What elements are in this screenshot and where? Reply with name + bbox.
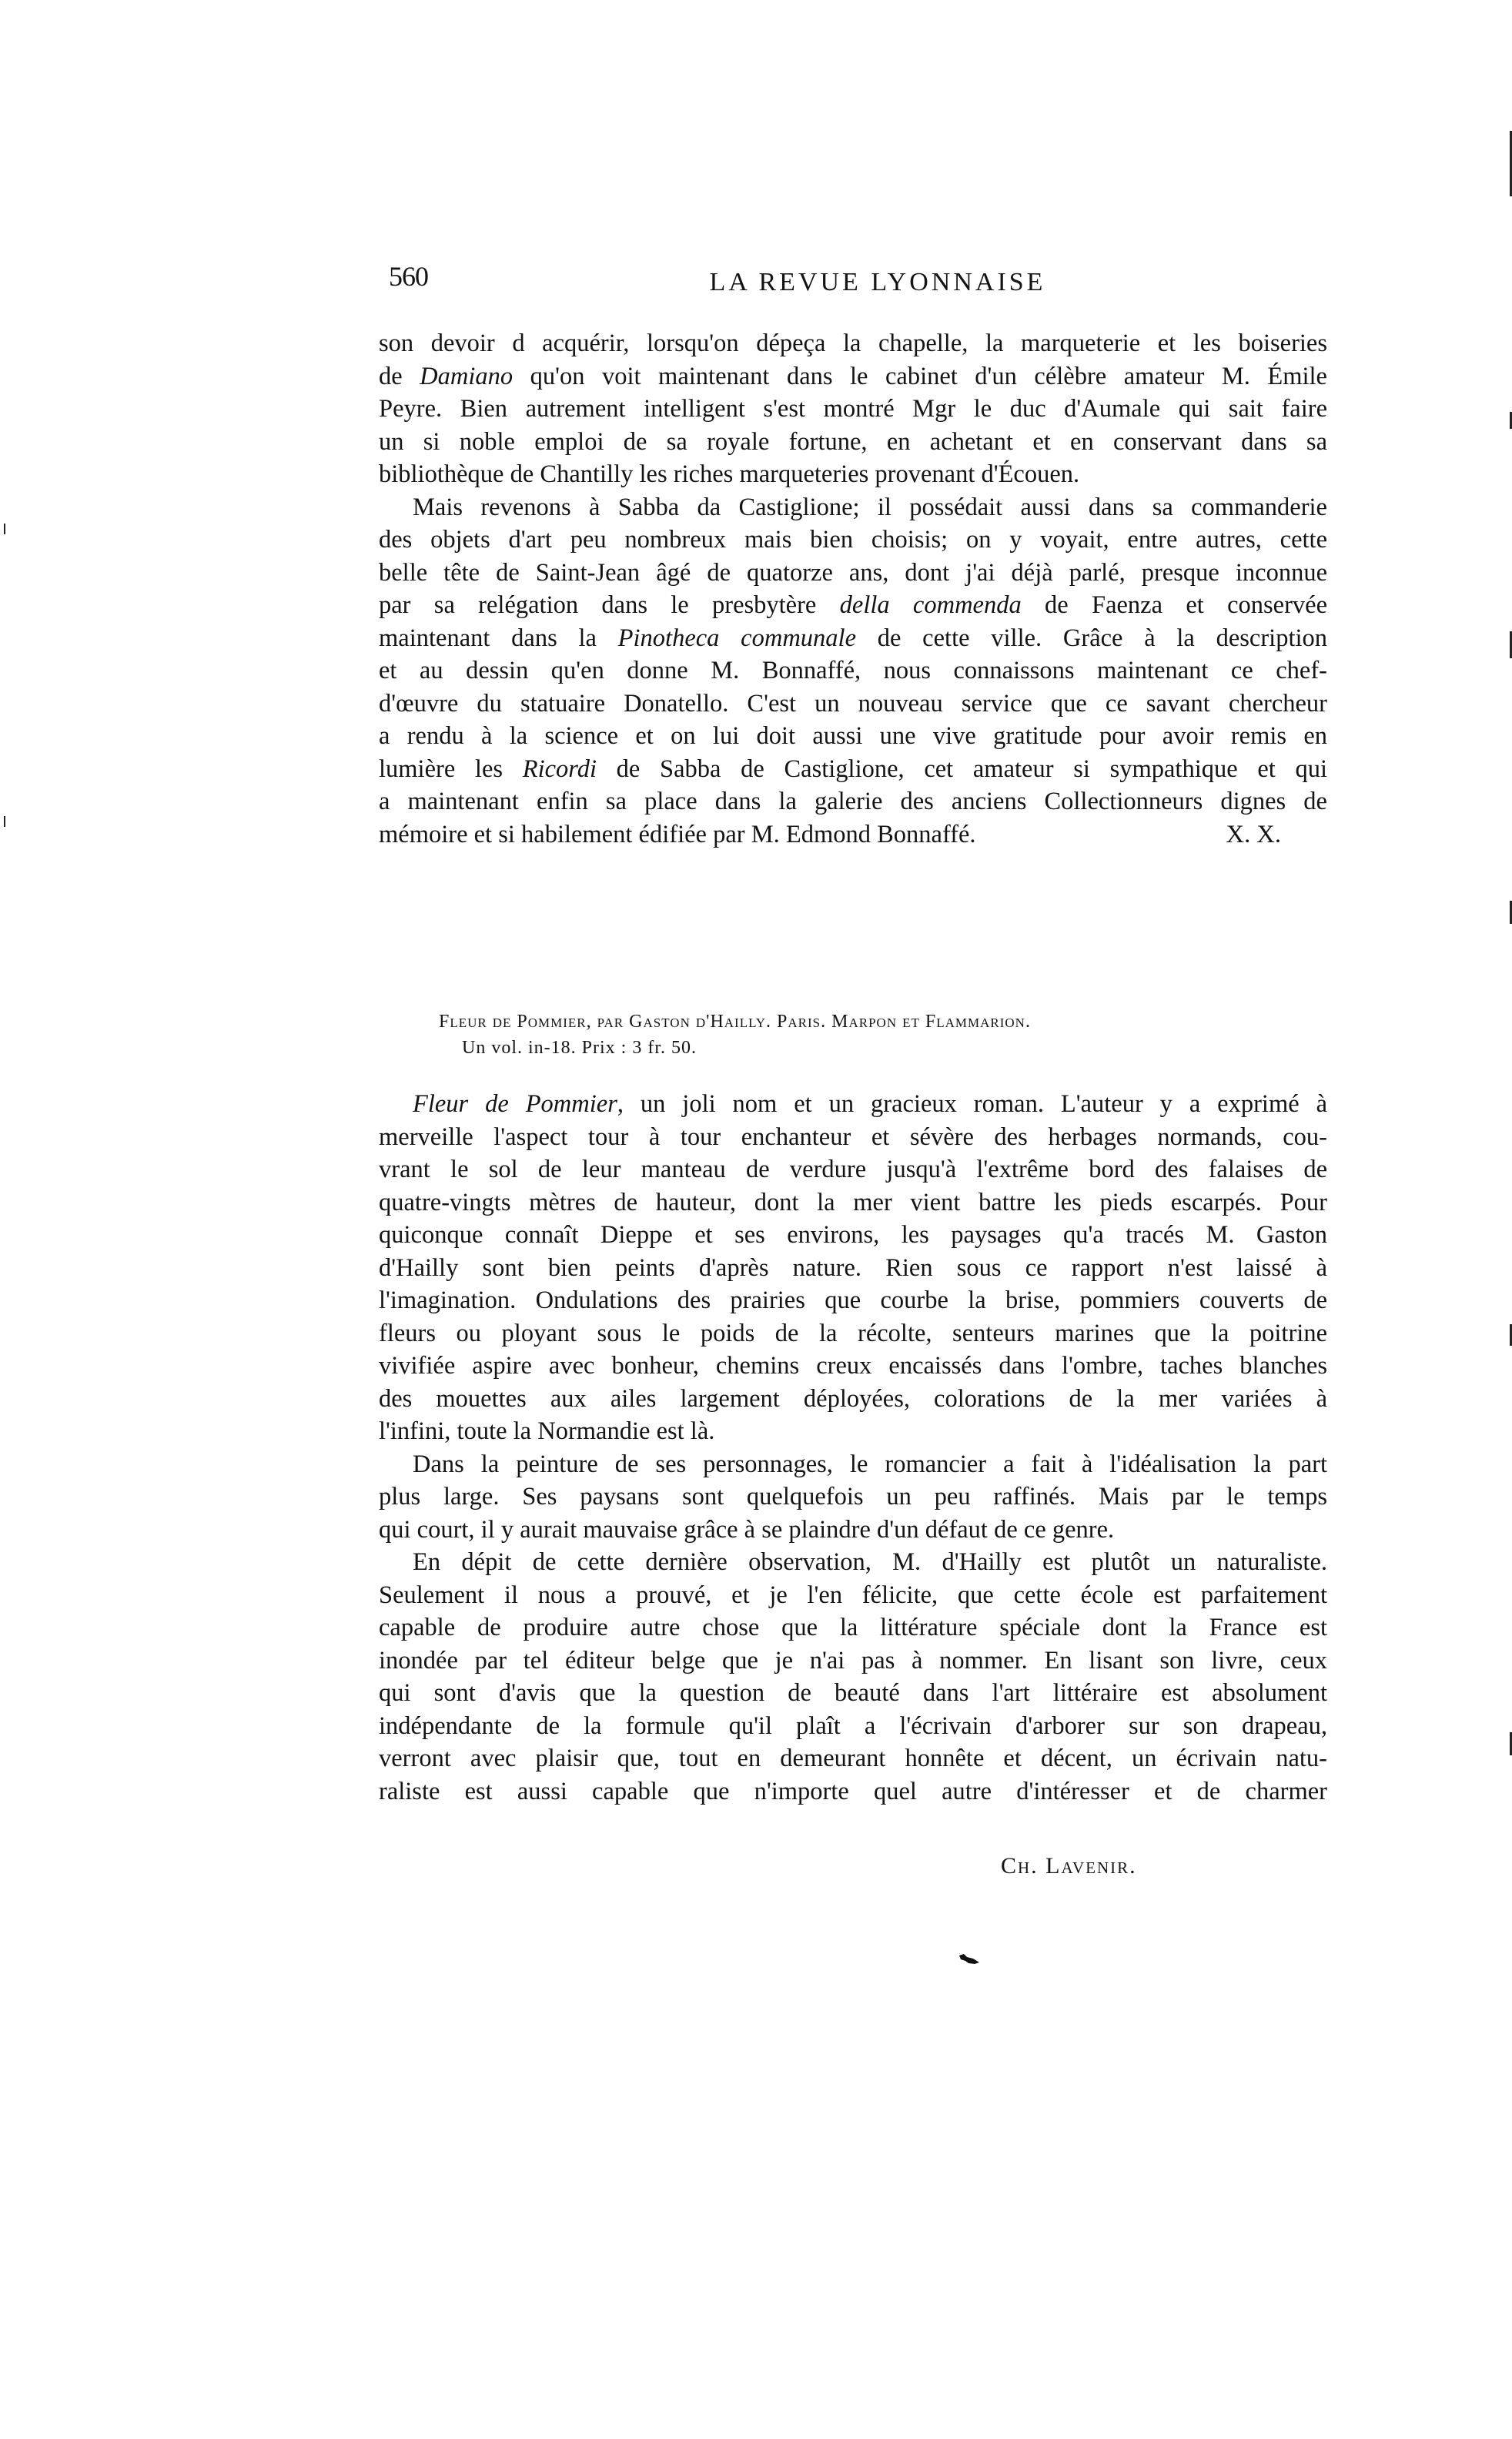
- text-line: Seulement il nous a prouvé, et je l'en f…: [379, 1579, 1327, 1612]
- text-line: plus large. Ses paysans sont quelquefois…: [379, 1480, 1327, 1514]
- text-line: quiconque connaît Dieppe et ses environs…: [379, 1219, 1327, 1252]
- tailpiece-ornament-icon: [958, 1953, 981, 1966]
- paragraph: En dépit de cette dernière observation, …: [379, 1546, 1327, 1808]
- author-signature: Ch. Lavenir.: [1001, 1853, 1137, 1879]
- text-line: En dépit de cette dernière observation, …: [379, 1546, 1327, 1579]
- text-line: des mouettes aux ailes largement déployé…: [379, 1383, 1327, 1416]
- italic-title: Ricordi: [523, 755, 597, 783]
- text-line: merveille l'aspect tour à tour enchanteu…: [379, 1121, 1327, 1154]
- book-reference: Fleur de Pommier, par Gaston d'Hailly. P…: [439, 1009, 1324, 1061]
- text-line: l'infini, toute la Normandie est là.: [379, 1415, 1327, 1448]
- text-line: bibliothèque de Chantilly les riches mar…: [379, 458, 1327, 491]
- text-line: maintenant dans la Pinotheca communale d…: [379, 622, 1327, 655]
- italic-term: della commenda: [840, 591, 1022, 619]
- book-title: Fleur de Pommier: [439, 1012, 587, 1032]
- text-line: fleurs ou ployant sous le poids de la ré…: [379, 1317, 1327, 1350]
- italic-title: Fleur de Pommier: [413, 1090, 617, 1118]
- text-run: de cette ville. Grâce à la description: [856, 624, 1327, 652]
- paragraph: Dans la peinture de ses personnages, le …: [379, 1448, 1327, 1547]
- article-continuation: son devoir d acquérir, lorsqu'on dépeça …: [379, 327, 1327, 851]
- text-run: , un joli nom et un gracieux roman. L'au…: [617, 1090, 1327, 1118]
- text-line: verront avec plaisir que, tout en demeur…: [379, 1742, 1327, 1775]
- text-line: quatre-vingts mètres de hauteur, dont la…: [379, 1186, 1327, 1219]
- text-line: Peyre. Bien autrement intelligent s'est …: [379, 393, 1327, 426]
- text-line: de Damiano qu'on voit maintenant dans le…: [379, 360, 1327, 393]
- text-run: qu'on voit maintenant dans le cabinet d'…: [513, 363, 1327, 390]
- author-initials: X. X.: [1226, 818, 1281, 851]
- text-line: raliste est aussi capable que n'importe …: [379, 1775, 1327, 1808]
- book-publication: , par Gaston d'Hailly. Paris. Marpon et …: [587, 1012, 1031, 1032]
- text-run: par sa relégation dans le presbytère: [379, 591, 840, 619]
- text-line: indépendante de la formule qu'il plaît a…: [379, 1710, 1327, 1743]
- text-line: et au dessin qu'en donne M. Bonnaffé, no…: [379, 654, 1327, 688]
- text-line: a maintenant enfin sa place dans la gale…: [379, 785, 1327, 818]
- book-price: Un vol. in-18. Prix : 3 fr. 50.: [439, 1035, 1324, 1061]
- text-line: lumière les Ricordi de Sabba de Castigli…: [379, 753, 1327, 786]
- text-line: vrant le sol de leur manteau de verdure …: [379, 1153, 1327, 1186]
- margin-mark: [4, 816, 5, 827]
- text-line: inondée par tel éditeur belge que je n'a…: [379, 1644, 1327, 1678]
- text-line: d'œuvre du statuaire Donatello. C'est un…: [379, 688, 1327, 721]
- italic-title: Damiano: [420, 363, 513, 390]
- text-line: son devoir d acquérir, lorsqu'on dépeça …: [379, 327, 1327, 360]
- text-line: par sa relégation dans le presbytère del…: [379, 589, 1327, 622]
- text-run: mémoire et si habilement édifiée par M. …: [379, 818, 976, 851]
- text-line: des objets d'art peu nombreux mais bien …: [379, 524, 1327, 557]
- document-page: 560 LA REVUE LYONNAISE son devoir d acqu…: [0, 0, 1512, 2439]
- text-line: qui court, il y aurait mauvaise grâce à …: [379, 1514, 1327, 1547]
- margin-mark: [4, 524, 5, 534]
- text-line: Fleur de Pommier, un joli nom et un grac…: [379, 1088, 1327, 1121]
- text-line: d'Hailly sont bien peints d'après nature…: [379, 1252, 1327, 1285]
- book-reference-line: Fleur de Pommier, par Gaston d'Hailly. P…: [439, 1009, 1324, 1035]
- text-line: Dans la peinture de ses personnages, le …: [379, 1448, 1327, 1481]
- text-line: l'imagination. Ondulations des prairies …: [379, 1284, 1327, 1317]
- text-line: a rendu à la science et on lui doit auss…: [379, 720, 1327, 753]
- paragraph: Mais revenons à Sabba da Castiglione; il…: [379, 491, 1327, 851]
- text-line: capable de produire autre chose que la l…: [379, 1611, 1327, 1644]
- text-run: lumière les: [379, 755, 523, 783]
- text-line: Mais revenons à Sabba da Castiglione; il…: [379, 491, 1327, 524]
- text-line: mémoire et si habilement édifiée par M. …: [379, 818, 1327, 851]
- text-run: de: [379, 363, 420, 390]
- text-line: un si noble emploi de sa royale fortune,…: [379, 426, 1327, 459]
- review-body: Fleur de Pommier, un joli nom et un grac…: [379, 1088, 1327, 1808]
- journal-title: LA REVUE LYONNAISE: [389, 268, 1274, 297]
- paragraph: Fleur de Pommier, un joli nom et un grac…: [379, 1088, 1327, 1448]
- text-run: de Sabba de Castiglione, cet amateur si …: [597, 755, 1327, 783]
- text-line: qui sont d'avis que la question de beaut…: [379, 1677, 1327, 1710]
- paragraph: son devoir d acquérir, lorsqu'on dépeça …: [379, 327, 1327, 491]
- text-line: belle tête de Saint-Jean âgé de quatorze…: [379, 557, 1327, 590]
- running-head: 560 LA REVUE LYONNAISE: [389, 260, 1274, 306]
- text-run: maintenant dans la: [379, 624, 618, 652]
- italic-term: Pinotheca communale: [618, 624, 856, 652]
- text-run: de Faenza et conservée: [1022, 591, 1327, 619]
- text-line: vivifiée aspire avec bonheur, chemins cr…: [379, 1350, 1327, 1383]
